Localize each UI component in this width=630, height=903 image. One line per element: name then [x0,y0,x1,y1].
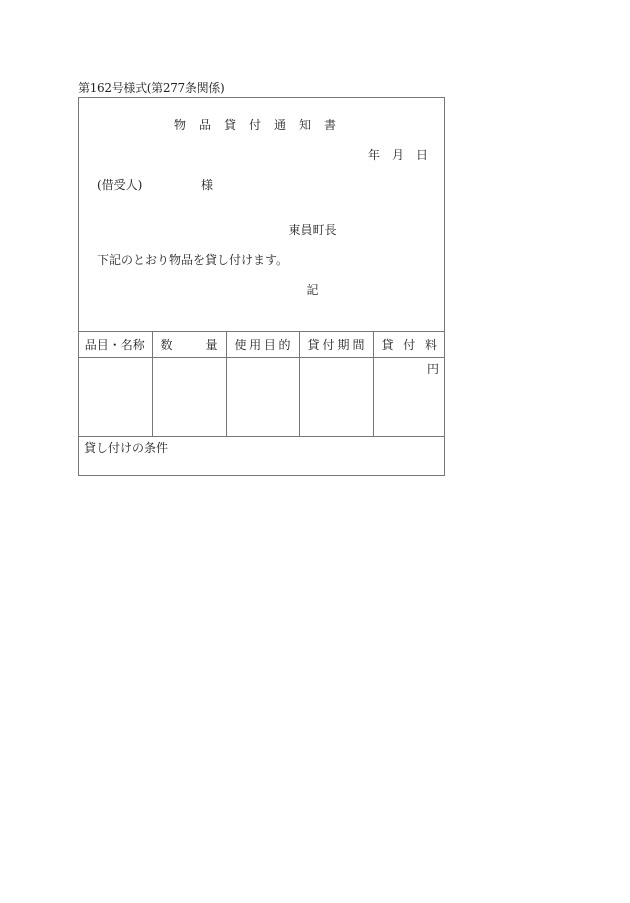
cell-item-name[interactable] [78,358,152,437]
form-caption: 第162号様式(第277条関係) [78,79,224,96]
honorific: 様 [201,176,213,193]
table-row: 円 [78,358,445,437]
conditions-cell[interactable]: 貸し付けの条件 [78,437,445,484]
ki-marker: 記 [79,281,444,298]
conditions-label: 貸し付けの条件 [84,441,168,455]
header-period: 貸付期間 [299,332,373,358]
form-title: 物品貸付通知書 [79,116,444,133]
cell-purpose[interactable] [226,358,299,437]
notice-form: 物品貸付通知書 年 月 日 (借受人) 様 東員町長 下記のとおり物品を貸し付け… [78,97,445,476]
cell-period[interactable] [299,358,373,437]
cell-fee[interactable]: 円 [373,358,445,437]
yen-unit: 円 [427,362,439,376]
cell-quantity[interactable] [152,358,226,437]
header-quantity: 数 量 [152,332,226,358]
issuer: 東員町長 [79,221,444,238]
body-text: 下記のとおり物品を貸し付けます。 [97,251,288,268]
loan-table: 品目・名称 数 量 使用目的 貸付期間 貸付料 円 貸し付けの条件 [78,331,445,483]
header-fee: 貸付料 [373,332,445,358]
date-field: 年 月 日 [368,146,428,163]
header-item-name: 品目・名称 [78,332,152,358]
header-purpose: 使用目的 [226,332,299,358]
table-header-row: 品目・名称 数 量 使用目的 貸付期間 貸付料 [78,332,445,358]
recipient-label: (借受人) [97,176,142,193]
conditions-row: 貸し付けの条件 [78,437,445,484]
